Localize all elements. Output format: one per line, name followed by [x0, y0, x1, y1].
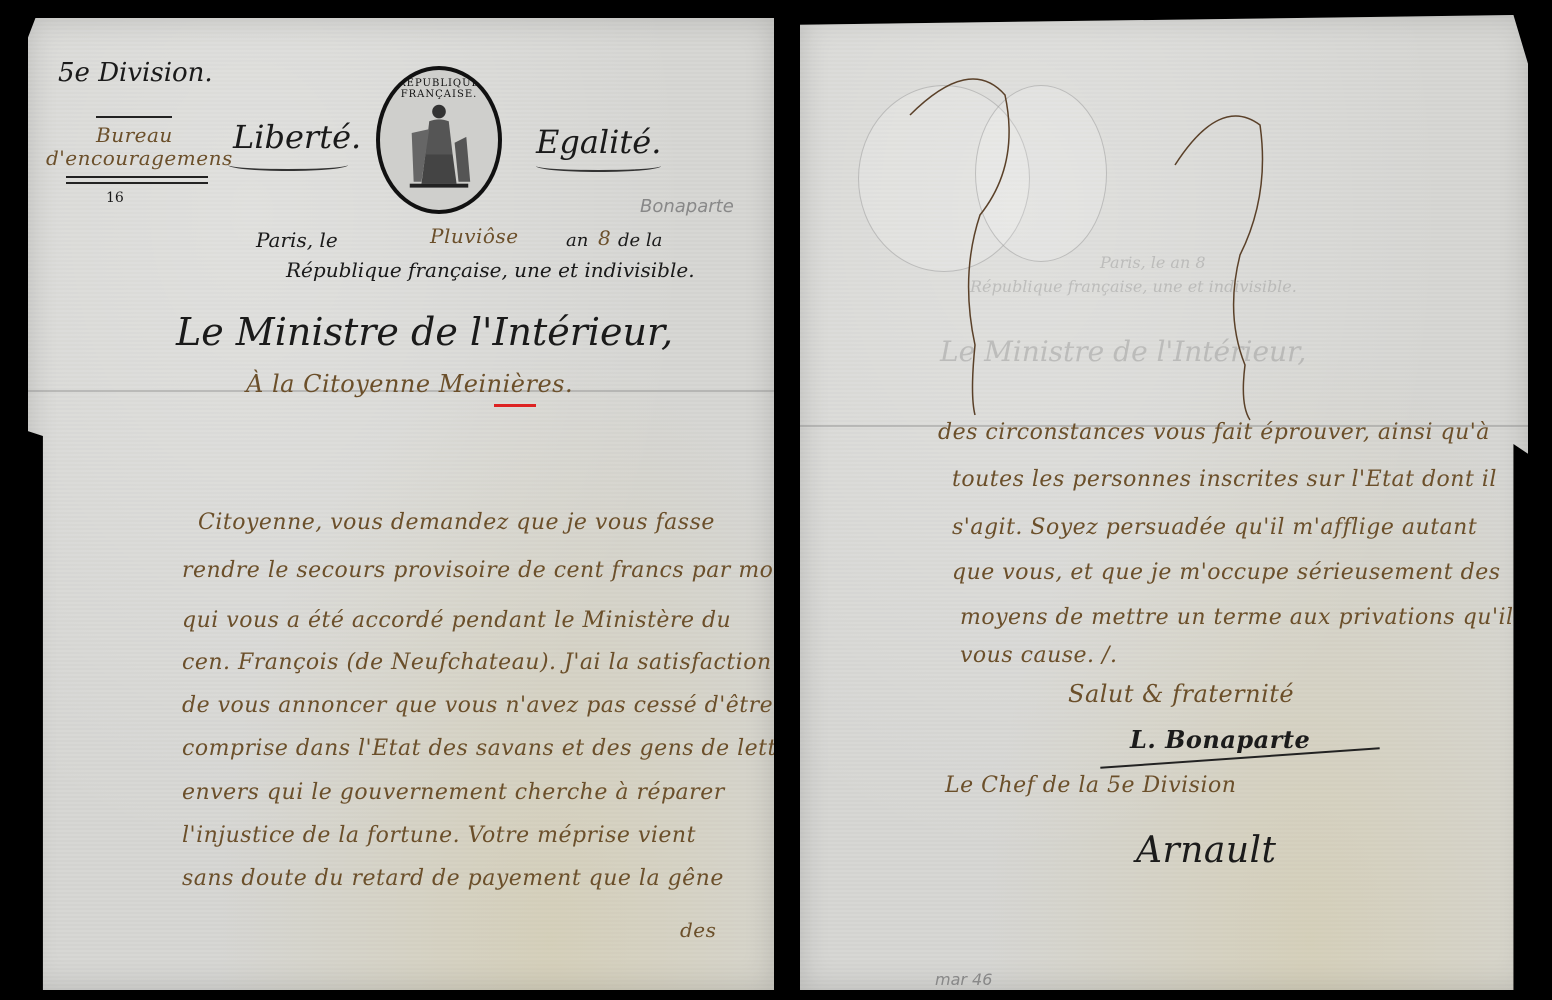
pencil-note-bonaparte: Bonaparte: [640, 196, 734, 217]
bureau-line-2: d'encouragemens: [46, 146, 233, 170]
recipient-line: À la Citoyenne Meinières.: [246, 370, 573, 398]
body-line: qui vous a été accordé pendant le Minist…: [182, 608, 731, 633]
dateline-suffix: de la: [618, 230, 662, 251]
chef-division-line: Le Chef de la 5e Division: [945, 773, 1236, 798]
body-line: l'injustice de la fortune. Votre méprise…: [182, 823, 696, 848]
red-underline-mark: [494, 404, 536, 407]
header-rule-top: [96, 116, 172, 118]
closing-salutation: Salut & fraternité: [1068, 680, 1294, 708]
division-heading: 5e Division.: [58, 58, 213, 88]
body-line: sans doute du retard de payement que la …: [182, 866, 724, 891]
bureau-line-1: Bureau: [96, 123, 173, 147]
catchword: des: [680, 918, 716, 942]
dateline-an: an: [566, 230, 588, 251]
sender-title: Le Ministre de l'Intérieur,: [176, 310, 673, 354]
body-line: comprise dans l'Etat des savans et des g…: [182, 736, 813, 761]
pencil-note-archive: mar 46: [935, 970, 992, 989]
letter-page-right: Paris, le an 8 République française, une…: [800, 15, 1528, 990]
marianne-figure-icon: [400, 94, 478, 192]
header-rule-double-2: [66, 182, 208, 184]
body-line: des circonstances vous fait éprouver, ai…: [938, 420, 1490, 445]
republic-seal: REPUBLIQUE FRANÇAISE.: [376, 66, 502, 214]
division-label: 5e Division.: [58, 58, 213, 88]
body-line: Citoyenne, vous demandez que je vous fas…: [198, 510, 715, 535]
dateline-month: Pluviôse: [430, 224, 519, 248]
body-line: de vous annoncer que vous n'avez pas ces…: [182, 693, 773, 718]
body-line: envers qui le gouvernement cherche à rép…: [182, 780, 725, 805]
dateline-year: 8: [598, 226, 611, 250]
body-line: s'agit. Soyez persuadée qu'il m'afflige …: [952, 515, 1477, 540]
file-number: 16: [106, 190, 124, 206]
signature-minister: L. Bonaparte: [1130, 725, 1310, 754]
body-line: rendre le secours provisoire de cent fra…: [182, 558, 793, 583]
body-line: que vous, et que je m'occupe sérieusemen…: [952, 560, 1501, 585]
motto-egalite: Egalité.: [536, 123, 661, 161]
letter-page-left: 5e Division. Bureau d'encouragemens 16 L…: [28, 18, 774, 990]
motto-liberte-flourish: [228, 163, 348, 171]
body-line: vous cause. /.: [960, 643, 1117, 668]
body-line: toutes les personnes inscrites sur l'Eta…: [952, 467, 1497, 492]
body-line: moyens de mettre un terme aux privations…: [960, 605, 1514, 630]
dateline-prefix: Paris, le: [256, 228, 338, 252]
header-rule-double-1: [66, 176, 208, 178]
signature-chef: Arnault: [1136, 830, 1277, 871]
motto-egalite-flourish: [536, 164, 661, 172]
ink-loop-strokes-icon: [800, 15, 1528, 435]
dateline-line-2: République française, une et indivisible…: [286, 258, 695, 282]
body-line: cen. François (de Neufchateau). J'ai la …: [182, 650, 772, 675]
motto-liberte: Liberté.: [233, 118, 361, 156]
